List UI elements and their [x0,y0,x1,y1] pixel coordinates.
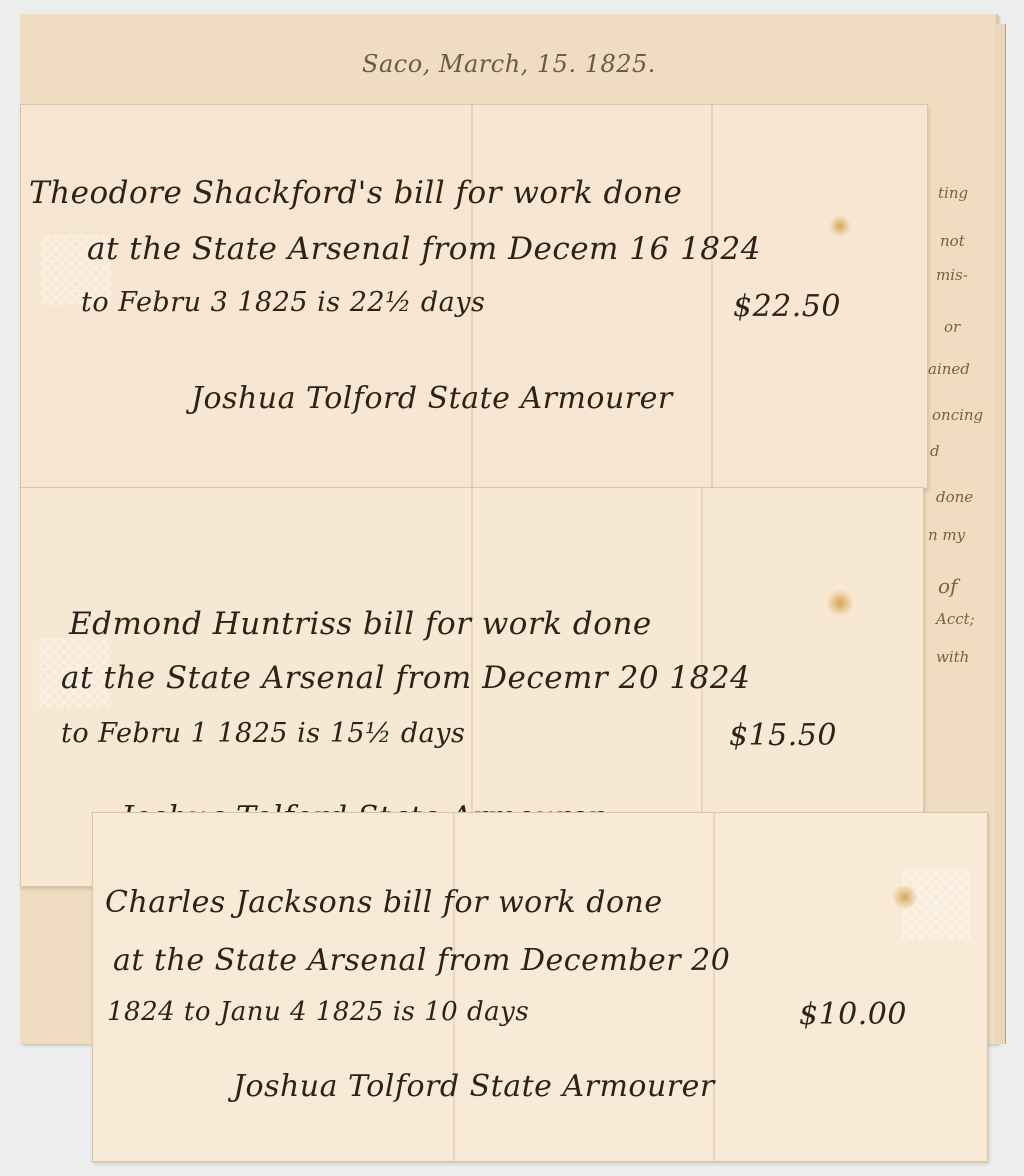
margin-fragment: oncing [932,406,983,424]
foxing-stain [827,588,853,618]
bill-line: at the State Arsenal from Decemr 20 1824 [61,660,750,696]
bill-line: to Febru 3 1825 is 22½ days [81,287,485,318]
margin-fragment: ting [938,184,968,202]
bill-amount: $22.50 [733,289,841,324]
place-date-heading: Saco, March, 15. 1825. [362,50,656,78]
signature: Joshua Tolford State Armourer [191,381,673,416]
bill-slip-charles-jackson: Charles Jacksons bill for work done at t… [92,812,988,1162]
bill-line: at the State Arsenal from Decem 16 1824 [87,231,761,267]
margin-fragment: ained [928,360,970,378]
bill-line: Theodore Shackford's bill for work done [29,175,682,211]
margin-fragment: mis- [936,266,968,284]
margin-fragment: done [936,488,973,506]
bill-amount: $15.50 [729,718,837,753]
margin-fragment: not [940,232,965,250]
margin-fragment: with [936,648,969,666]
margin-fragment: or [944,318,960,336]
foxing-stain [893,883,917,911]
bill-line: at the State Arsenal from December 20 [113,943,730,978]
signature: Joshua Tolford State Armourer [233,1069,715,1104]
bill-line: to Febru 1 1825 is 15½ days [61,718,465,749]
bill-amount: $10.00 [799,997,907,1032]
margin-fragment: d [930,442,940,460]
back-sheet-edge [995,24,1006,1044]
bill-line: 1824 to Janu 4 1825 is 10 days [107,997,529,1027]
margin-fragment: of [938,574,957,598]
foxing-stain [829,215,851,237]
bill-slip-theodore-shackford: Theodore Shackford's bill for work done … [20,104,928,489]
bill-line: Charles Jacksons bill for work done [105,885,663,920]
margin-fragment: Acct; [936,610,975,628]
margin-fragment: n my [928,526,965,544]
bill-line: Edmond Huntriss bill for work done [69,606,652,642]
